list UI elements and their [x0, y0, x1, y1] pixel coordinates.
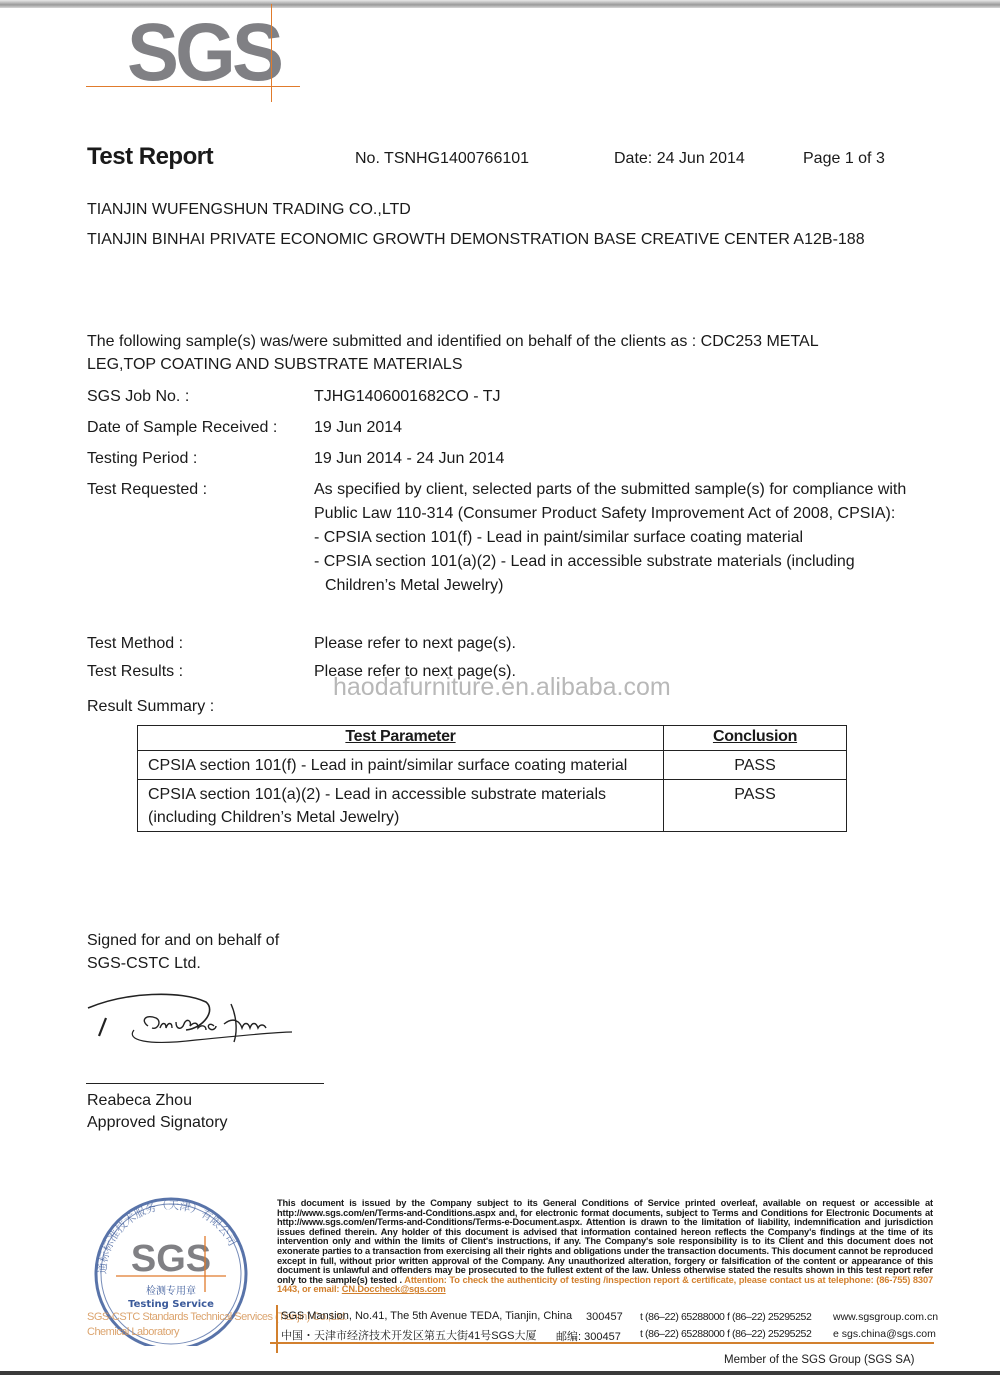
sample-description-line2: LEG,TOP COATING AND SUBSTRATE MATERIALS: [87, 353, 877, 376]
period-value: 19 Jun 2014 - 24 Jun 2014: [314, 447, 504, 471]
logo-vertical-rule: [271, 4, 272, 102]
client-name: TIANJIN WUFENGSHUN TRADING CO.,LTD: [87, 201, 411, 219]
member-of-group: Member of the SGS Group (SGS SA): [724, 1354, 914, 1366]
page-indicator: Page 1 of 3: [803, 150, 885, 168]
email-link[interactable]: e sgs.china@sgs.com: [833, 1328, 936, 1340]
handwritten-signature: [86, 990, 306, 1060]
job-no-value: TJHG1406001682CO - TJ: [314, 385, 500, 409]
received-value: 19 Jun 2014: [314, 416, 402, 440]
phone-fax-line1: t (86–22) 65288000 f (86–22) 25295252: [640, 1311, 811, 1323]
received-label: Date of Sample Received :: [87, 419, 277, 437]
requested-label: Test Requested :: [87, 481, 207, 499]
logo-horizontal-rule: [86, 86, 300, 87]
conclusion-cell: PASS: [664, 751, 847, 780]
svg-text:Testing Service: Testing Service: [128, 1299, 214, 1310]
method-label: Test Method :: [87, 635, 183, 653]
table-row: CPSIA section 101(a)(2) - Lead in access…: [138, 780, 847, 832]
signature-line: [86, 1083, 324, 1084]
table-header-row: Test Parameter Conclusion: [138, 726, 847, 751]
column-header-conclusion: Conclusion: [664, 726, 847, 751]
requested-text: As specified by client, selected parts o…: [314, 478, 914, 526]
job-no-label: SGS Job No. :: [87, 388, 189, 406]
svg-text:检测专用章: 检测专用章: [146, 1284, 196, 1297]
zip-english: 300457: [586, 1311, 623, 1323]
svg-text:SGS: SGS: [131, 1238, 211, 1280]
watermark: haodafurniture.en.alibaba.com: [333, 673, 671, 702]
result-summary-label: Result Summary :: [87, 698, 214, 716]
signatory-name: Reabeca Zhou: [87, 1090, 228, 1112]
signed-line1: Signed for and on behalf of: [87, 929, 279, 952]
period-label: Testing Period :: [87, 450, 197, 468]
signed-line2: SGS-CSTC Ltd.: [87, 952, 279, 975]
result-summary-table: Test Parameter Conclusion CPSIA section …: [137, 725, 847, 832]
results-label: Test Results :: [87, 663, 183, 681]
address-chinese: 中国・天津市经济技术开发区第五大街41号SGS大厦: [281, 1327, 536, 1343]
column-header-parameter: Test Parameter: [138, 726, 664, 751]
sample-description-line1: The following sample(s) was/were submitt…: [87, 330, 877, 353]
requested-item: - CPSIA section 101(f) - Lead in paint/s…: [314, 526, 914, 550]
zip-chinese: 邮编: 300457: [556, 1328, 621, 1344]
table-row: CPSIA section 101(f) - Lead in paint/sim…: [138, 751, 847, 780]
phone-fax-line2: t (86–22) 65288000 f (86–22) 25295252: [640, 1328, 811, 1340]
signed-on-behalf: Signed for and on behalf of SGS-CSTC Ltd…: [87, 929, 279, 975]
report-number: No. TSNHG1400766101: [355, 150, 529, 168]
test-parameter-cell: CPSIA section 101(f) - Lead in paint/sim…: [138, 751, 664, 780]
legal-disclaimer: This document is issued by the Company s…: [277, 1199, 933, 1295]
conclusion-cell: PASS: [664, 780, 847, 832]
signatory-title: Approved Signatory: [87, 1112, 228, 1134]
requested-value: As specified by client, selected parts o…: [314, 478, 914, 598]
method-value: Please refer to next page(s).: [314, 632, 516, 656]
signatory: Reabeca Zhou Approved Signatory: [87, 1090, 228, 1134]
client-address: TIANJIN BINHAI PRIVATE ECONOMIC GROWTH D…: [87, 231, 865, 249]
report-title: Test Report: [87, 143, 213, 171]
test-parameter-cell: CPSIA section 101(a)(2) - Lead in access…: [138, 780, 664, 832]
sample-description: The following sample(s) was/were submitt…: [87, 330, 877, 376]
disclaimer-text: This document is issued by the Company s…: [277, 1198, 933, 1285]
address-english: SGS Mansion, No.41, The 5th Avenue TEDA,…: [281, 1310, 572, 1322]
doccheck-email-link[interactable]: CN.Doccheck@sgs.com: [342, 1284, 446, 1294]
window-bottom-bar: [0, 1371, 1000, 1375]
report-date: Date: 24 Jun 2014: [614, 150, 745, 168]
website-link[interactable]: www.sgsgroup.com.cn: [833, 1311, 938, 1323]
footer-vertical-rule: [276, 1305, 278, 1353]
sgs-logo: SGS: [127, 12, 280, 94]
requested-item: - CPSIA section 101(a)(2) - Lead in acce…: [314, 550, 914, 598]
